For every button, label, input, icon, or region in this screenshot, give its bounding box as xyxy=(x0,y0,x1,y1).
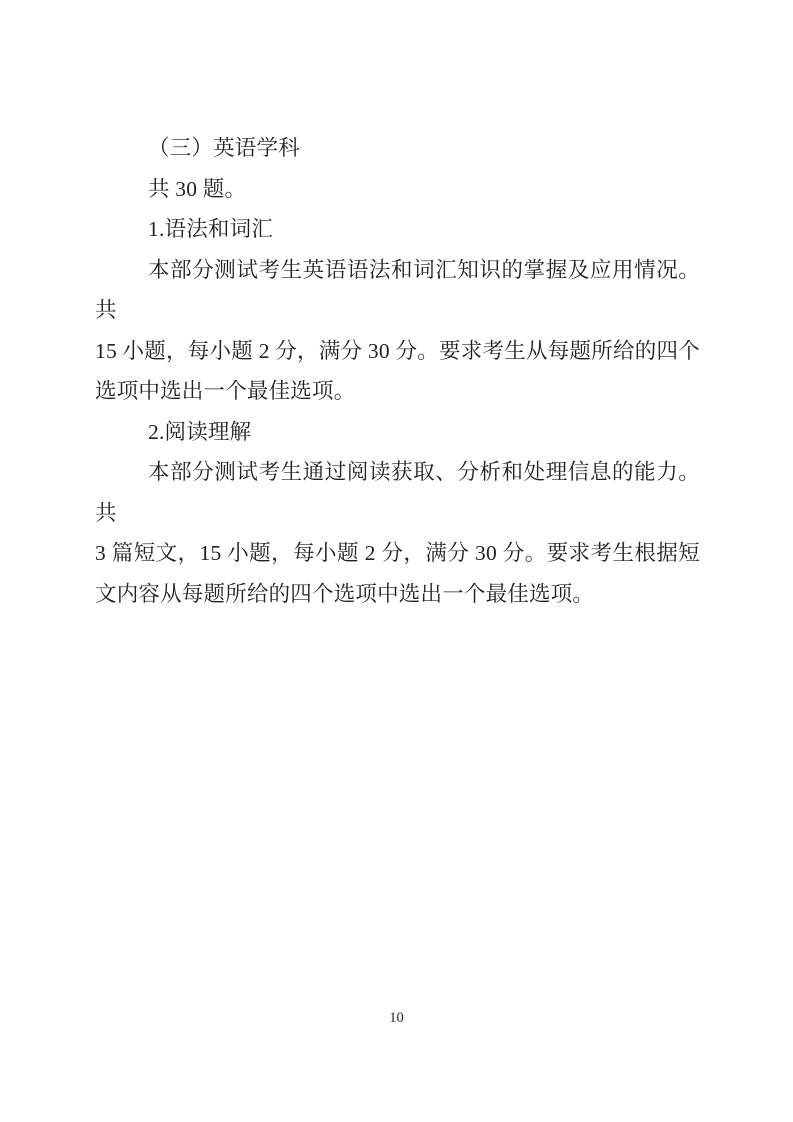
paragraph-reading: 本部分测试考生通过阅读获取、分析和处理信息的能力。共 3 篇短文，15 小题，每… xyxy=(95,452,700,614)
section-heading: （三）英语学科 xyxy=(95,128,700,169)
paragraph-reading-line-2: 3 篇短文，15 小题，每小题 2 分，满分 30 分。要求考生根据短 xyxy=(95,533,700,574)
paragraph-grammar-line-2: 15 小题，每小题 2 分，满分 30 分。要求考生从每题所给的四个 xyxy=(95,331,700,372)
paragraph-grammar-line-1: 本部分测试考生英语语法和词汇知识的掌握及应用情况。共 xyxy=(95,250,700,331)
subsection-heading-grammar: 1.语法和词汇 xyxy=(95,209,700,250)
paragraph-grammar: 本部分测试考生英语语法和词汇知识的掌握及应用情况。共 15 小题，每小题 2 分… xyxy=(95,250,700,412)
paragraph-reading-line-3: 文内容从每题所给的四个选项中选出一个最佳选项。 xyxy=(95,574,700,615)
paragraph-reading-line-1: 本部分测试考生通过阅读获取、分析和处理信息的能力。共 xyxy=(95,452,700,533)
document-page: （三）英语学科 共 30 题。 1.语法和词汇 本部分测试考生英语语法和词汇知识… xyxy=(0,0,793,1122)
document-content: （三）英语学科 共 30 题。 1.语法和词汇 本部分测试考生英语语法和词汇知识… xyxy=(95,128,700,614)
subsection-heading-reading: 2.阅读理解 xyxy=(95,412,700,453)
page-number: 10 xyxy=(0,1008,793,1028)
paragraph-grammar-line-3: 选项中选出一个最佳选项。 xyxy=(95,371,700,412)
question-count-line: 共 30 题。 xyxy=(95,169,700,210)
